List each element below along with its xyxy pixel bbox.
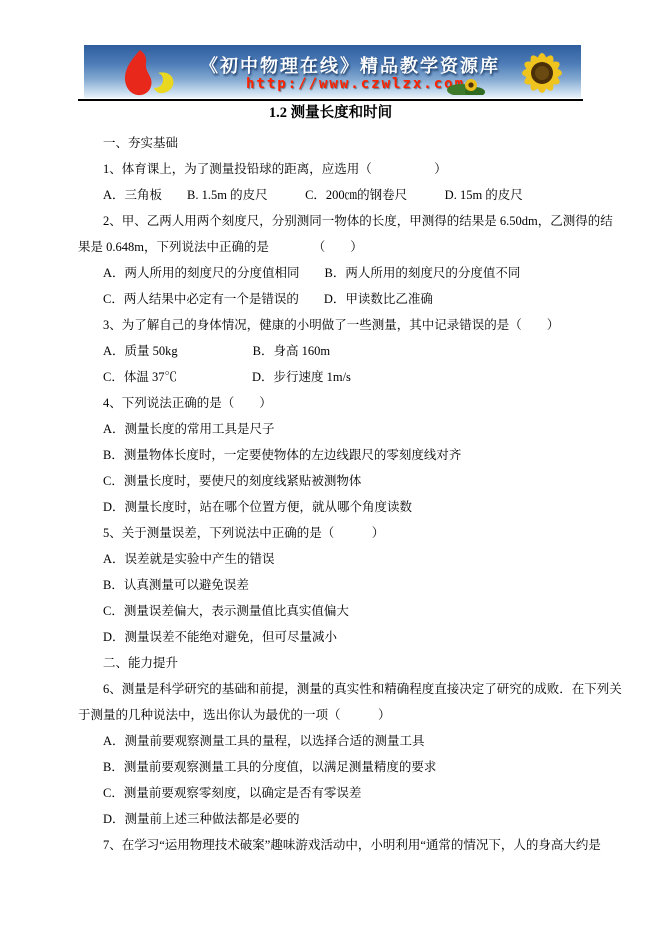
- option: A．误差就是实验中产生的错误: [78, 546, 583, 572]
- option: B．测量前要观察测量工具的分度值，以满足测量精度的要求: [78, 754, 583, 780]
- option: D．测量长度时，站在哪个位置方便，就从哪个角度读数: [78, 494, 583, 520]
- option-row: C．体温 37℃ D．步行速度 1m/s: [78, 364, 583, 390]
- option: D．测量误差不能绝对避免，但可尽量减小: [78, 624, 583, 650]
- question-stem: 5、关于测量误差，下列说法中正确的是（ ）: [78, 520, 583, 546]
- question-stem: 2、甲、乙两人用两个刻度尺，分别测同一物体的长度，甲测得的结果是 6.50dm，…: [78, 208, 583, 234]
- question-stem: 7、在学习“运用物理技术破案”趣味游戏活动中，小明利用“通常的情况下，人的身高大…: [78, 832, 583, 858]
- question-stem: 4、下列说法正确的是（ ）: [78, 390, 583, 416]
- section-heading: 一、夯实基础: [78, 130, 583, 156]
- question-continuation: 于测量的几种说法中，选出你认为最优的一项（ ）: [78, 702, 583, 728]
- option: C．测量误差偏大，表示测量值比真实值偏大: [78, 598, 583, 624]
- option-row: A．三角板 B. 1.5m 的皮尺 C．200㎝的钢卷尺 D. 15m 的皮尺: [78, 182, 583, 208]
- site-banner: 《初中物理在线》精品教学资源库 http://www.czwlzx.com: [84, 45, 581, 98]
- option-row: A．质量 50kg B．身高 160m: [78, 338, 583, 364]
- option: B．测量物体长度时，一定要使物体的左边线跟尺的零刻度线对齐: [78, 442, 583, 468]
- plants-icon: [447, 79, 485, 95]
- section-heading: 二、能力提升: [78, 650, 583, 676]
- option: D．测量前上述三种做法都是必要的: [78, 806, 583, 832]
- option: C．测量前要观察零刻度，以确定是否有零误差: [78, 780, 583, 806]
- option: A．测量前要观察测量工具的量程，以选择合适的测量工具: [78, 728, 583, 754]
- option: B．认真测量可以避免误差: [78, 572, 583, 598]
- option: A．测量长度的常用工具是尺子: [78, 416, 583, 442]
- sunflower-icon: [439, 45, 579, 98]
- worksheet-page: { "banner": { "site_title": "《初中物理在线》精品教…: [0, 0, 661, 935]
- document: 1.2 测量长度和时间 一、夯实基础1、体育课上，为了测量投铅球的距离，应选用（…: [78, 104, 583, 858]
- option-row: C．两人结果中必定有一个是错误的 D．甲读数比乙准确: [78, 286, 583, 312]
- document-body: 一、夯实基础1、体育课上，为了测量投铅球的距离，应选用（ ）A．三角板 B. 1…: [78, 130, 583, 858]
- site-url: http://www.czwlzx.com: [246, 76, 465, 92]
- question-stem: 1、体育课上，为了测量投铅球的距离，应选用（ ）: [78, 156, 583, 182]
- question-stem: 3、为了解自己的身体情况，健康的小明做了一些测量，其中记录错误的是（ ）: [78, 312, 583, 338]
- question-continuation: 果是 0.648m，下列说法中正确的是 （ ）: [78, 234, 583, 260]
- header-divider: [78, 99, 583, 101]
- page-title: 1.2 测量长度和时间: [78, 104, 583, 123]
- option: C．测量长度时，要使尺的刻度线紧贴被测物体: [78, 468, 583, 494]
- logo-icon: [100, 48, 196, 98]
- option-row: A．两人所用的刻度尺的分度值相同 B．两人所用的刻度尺的分度值不同: [78, 260, 583, 286]
- question-stem: 6、测量是科学研究的基础和前提，测量的真实性和精确程度直接决定了研究的成败．在下…: [78, 676, 583, 702]
